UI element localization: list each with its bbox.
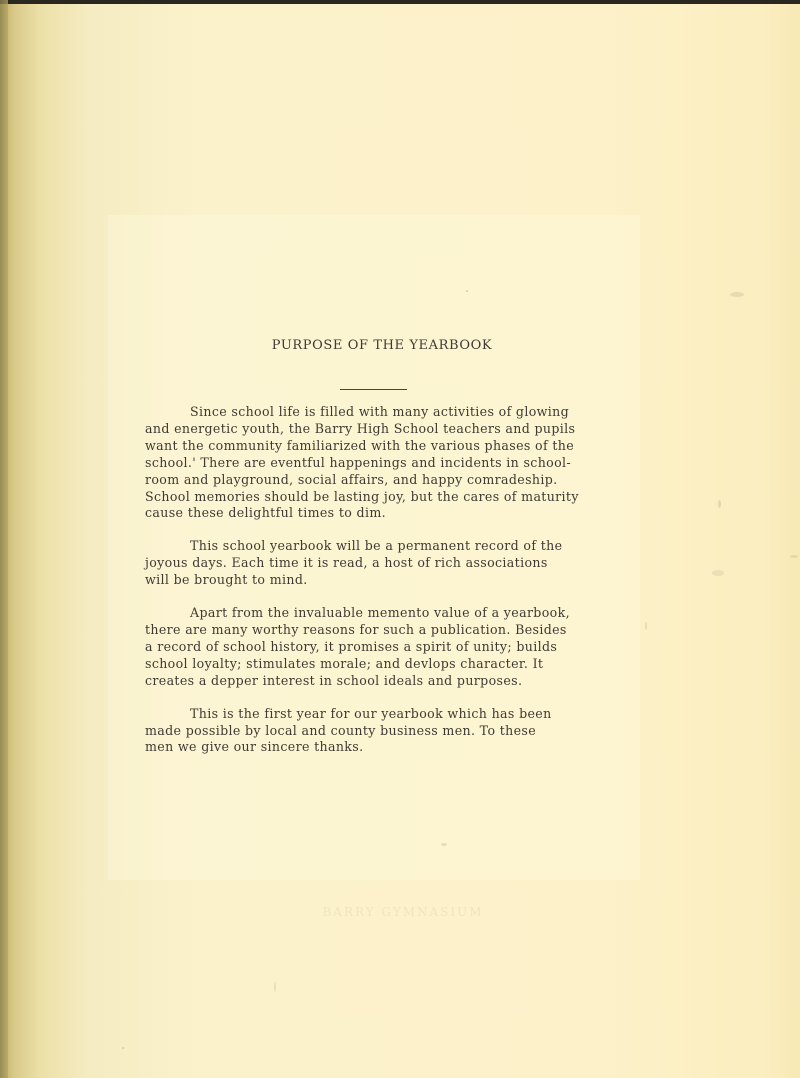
paragraph-intro: Since school life is filled with many ac…	[145, 404, 635, 522]
paragraph-record: This school yearbook will be a permanent…	[145, 538, 635, 589]
paper-speck	[645, 622, 647, 630]
paragraph-thanks: This is the first year for our yearbook …	[145, 706, 635, 757]
binding-shadow	[0, 0, 8, 1078]
paragraphs: Since school life is filled with many ac…	[145, 404, 635, 756]
document-body: PURPOSE OF THE YEARBOOK Since school lif…	[145, 338, 635, 756]
paper-speck	[274, 982, 276, 992]
paper-speck	[730, 292, 744, 297]
paper-speck	[122, 1047, 124, 1049]
yearbook-page: PURPOSE OF THE YEARBOOK Since school lif…	[0, 0, 800, 1078]
bleed-through-text: BARRY GYMNASIUM	[308, 905, 498, 919]
paper-speck	[718, 500, 721, 508]
page-title: PURPOSE OF THE YEARBOOK	[145, 338, 617, 353]
paper-speck	[790, 555, 798, 558]
title-divider	[340, 389, 407, 390]
paragraph-reasons: Apart from the invaluable memento value …	[145, 605, 635, 690]
scan-top-edge	[0, 0, 800, 4]
paper-speck	[712, 570, 724, 576]
paper-speck	[466, 290, 468, 292]
paper-speck	[441, 843, 447, 846]
